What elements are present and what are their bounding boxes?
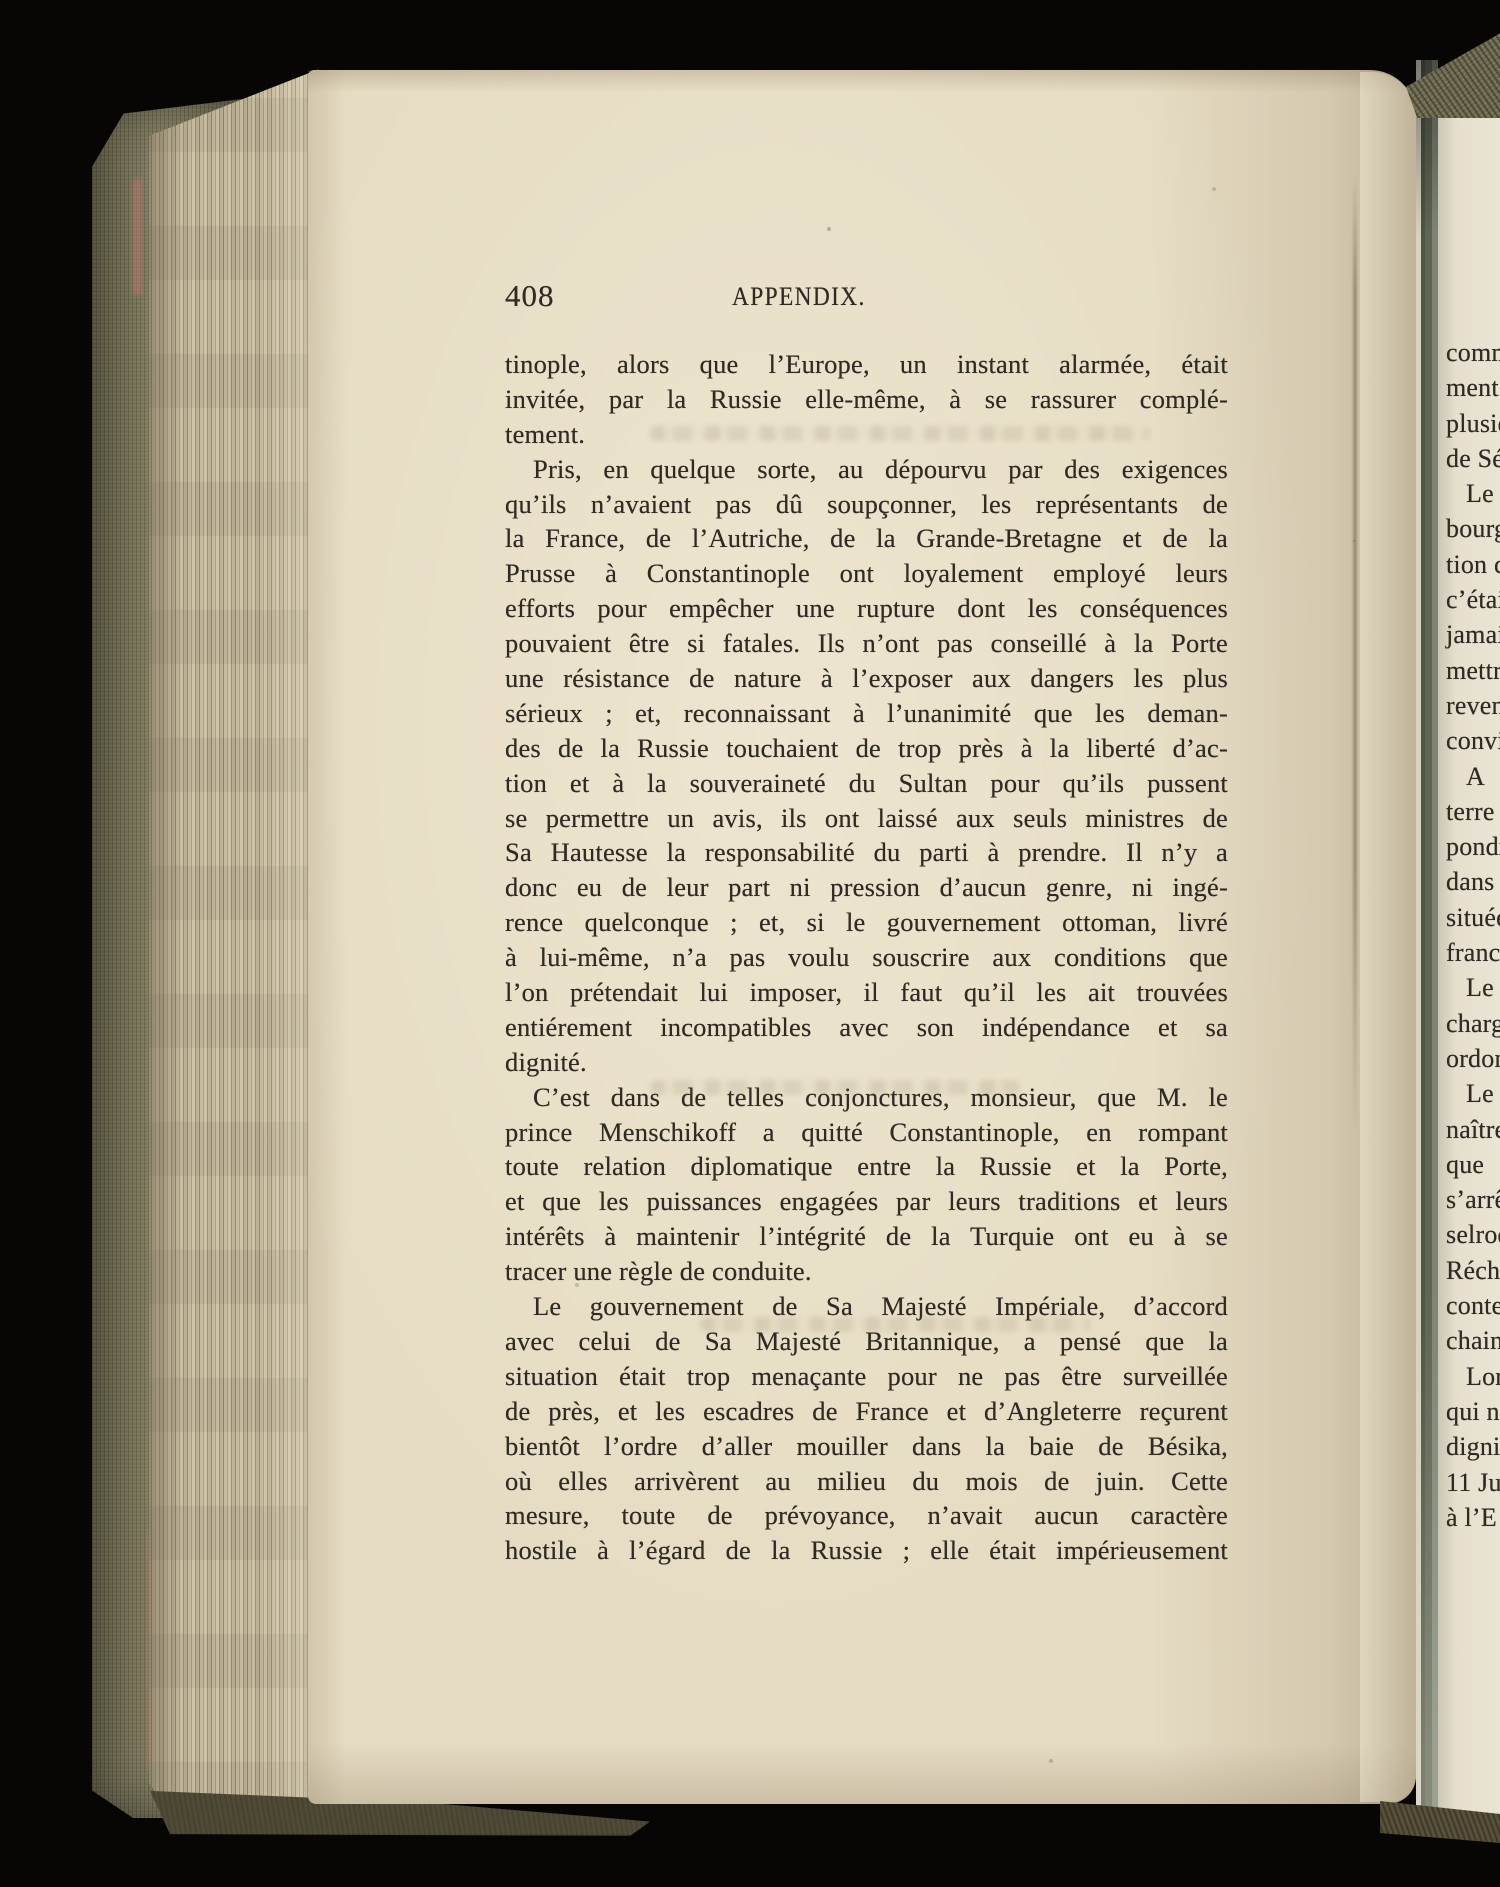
right-text-line: Lor — [1446, 1359, 1500, 1394]
page-crease-line — [1353, 175, 1357, 1135]
text-line: efforts pour empêcher une rupture dont l… — [505, 591, 1228, 626]
text-line: tinople, alors que l’Europe, un instant … — [505, 347, 1228, 382]
text-line: et que les puissances engagées par leurs… — [505, 1184, 1228, 1219]
right-text-line: terre — [1446, 794, 1500, 829]
right-text-line: Le — [1446, 476, 1500, 511]
page-curl-highlight — [1360, 72, 1416, 1802]
left-page: 408 APPENDIX. tinople, alors que l’Europ… — [308, 70, 1416, 1804]
page-number: 408 — [505, 278, 555, 314]
text-line: bientôt l’ordre d’aller mouiller dans la… — [505, 1429, 1228, 1464]
text-line: où elles arrivèrent au milieu du mois de… — [505, 1464, 1228, 1499]
right-text-line: à l’E — [1446, 1500, 1500, 1535]
text-line: tracer une règle de conduite. — [505, 1254, 1228, 1289]
text-line: se permettre un avis, ils ont laissé aux… — [505, 801, 1228, 836]
right-text-line: dans — [1446, 864, 1500, 899]
book-photograph: { "page": { "page_number": "408", "runni… — [0, 0, 1500, 1887]
text-line: Prusse à Constantinople ont loyalement e… — [505, 556, 1228, 591]
paragraph: Pris, en quelque sorte, au dépourvu par … — [505, 452, 1228, 1080]
paper-specks — [308, 70, 310, 72]
page-gap-shadow — [1416, 60, 1438, 1822]
text-line: Sa Hautesse la responsabilité du parti à… — [505, 835, 1228, 870]
endpaper-pink-edge — [133, 178, 142, 296]
page-stack-fore-edge — [140, 66, 318, 1816]
right-text-line: franc — [1446, 935, 1500, 970]
right-text-line: située — [1446, 900, 1500, 935]
right-text-line: que — [1446, 1147, 1500, 1182]
text-line: tion et à la souveraineté du Sultan pour… — [505, 766, 1228, 801]
text-line: qu’ils n’avaient pas dû soupçonner, les … — [505, 487, 1228, 522]
text-line: l’on prétendait lui imposer, il faut qu’… — [505, 975, 1228, 1010]
text-line: des de la Russie touchaient de trop près… — [505, 731, 1228, 766]
right-text-line: qui n — [1446, 1394, 1500, 1429]
right-text-line: ordon — [1446, 1041, 1500, 1076]
right-text-line: s’arrê — [1446, 1182, 1500, 1217]
right-text-line: Le — [1446, 1076, 1500, 1111]
text-line: invitée, par la Russie elle-même, à se r… — [505, 382, 1228, 417]
right-text-line: 11 Ju — [1446, 1465, 1500, 1500]
right-text-line: Le — [1446, 970, 1500, 1005]
paragraph: C’est dans de telles conjonctures, monsi… — [505, 1080, 1228, 1289]
right-text-line: jamai — [1446, 617, 1500, 652]
show-through-smudge — [700, 1317, 1090, 1332]
text-line: Pris, en quelque sorte, au dépourvu par … — [505, 452, 1228, 487]
text-line: toute relation diplomatique entre la Rus… — [505, 1149, 1228, 1184]
right-text-line: comm — [1446, 335, 1500, 370]
right-text-line: c’étai — [1446, 582, 1500, 617]
right-text-line: chaine — [1446, 1323, 1500, 1358]
text-line: de près, et les escadres de France et d’… — [505, 1394, 1228, 1429]
right-text-line: Réchi — [1446, 1253, 1500, 1288]
right-text-line: plusie — [1446, 406, 1500, 441]
text-line: entiérement incompatibles avec son indép… — [505, 1010, 1228, 1045]
right-text-line: digni — [1446, 1429, 1500, 1464]
right-text-line: de Sé — [1446, 441, 1500, 476]
text-line: rence quelconque ; et, si le gouvernemen… — [505, 905, 1228, 940]
text-line: donc eu de leur part ni pression d’aucun… — [505, 870, 1228, 905]
right-text-line: naître — [1446, 1112, 1500, 1147]
text-line: pouvaient être si fatales. Ils n’ont pas… — [505, 626, 1228, 661]
right-text-line: convi — [1446, 723, 1500, 758]
text-line: prince Menschikoff a quitté Constantinop… — [505, 1115, 1228, 1150]
right-text-line: reven — [1446, 688, 1500, 723]
running-head: APPENDIX. — [732, 282, 866, 312]
page-text-block: tinople, alors que l’Europe, un instant … — [505, 347, 1228, 1568]
text-line: une résistance de nature à l’exposer aux… — [505, 661, 1228, 696]
text-line: dignité. — [505, 1045, 1228, 1080]
show-through-smudge — [650, 1080, 1020, 1095]
text-line: mesure, toute de prévoyance, n’avait auc… — [505, 1498, 1228, 1533]
text-line: situation était trop menaçante pour ne p… — [505, 1359, 1228, 1394]
right-text-line: ment — [1446, 370, 1500, 405]
text-line: intérêts à maintenir l’intégrité de la T… — [505, 1219, 1228, 1254]
text-line: à lui-même, n’a pas voulu souscrire aux … — [505, 940, 1228, 975]
right-page-sliver: commmentplusiede SéLebourgtion cc’étaija… — [1436, 84, 1500, 1824]
right-text-line: tion c — [1446, 547, 1500, 582]
right-page-text: commmentplusiede SéLebourgtion cc’étaija… — [1446, 335, 1500, 1535]
right-text-line: bourg — [1446, 511, 1500, 546]
show-through-smudge — [650, 426, 1150, 441]
right-text-line: conter — [1446, 1288, 1500, 1323]
text-line: hostile à l’égard de la Russie ; elle ét… — [505, 1533, 1228, 1568]
right-text-line: selrod — [1446, 1217, 1500, 1252]
right-text-line: mettr — [1446, 653, 1500, 688]
text-line: la France, de l’Autriche, de la Grande-B… — [505, 521, 1228, 556]
right-text-line: A — [1446, 759, 1500, 794]
right-text-line: charg — [1446, 1006, 1500, 1041]
text-line: sérieux ; et, reconnaissant à l’unanimit… — [505, 696, 1228, 731]
right-text-line: pondr — [1446, 829, 1500, 864]
